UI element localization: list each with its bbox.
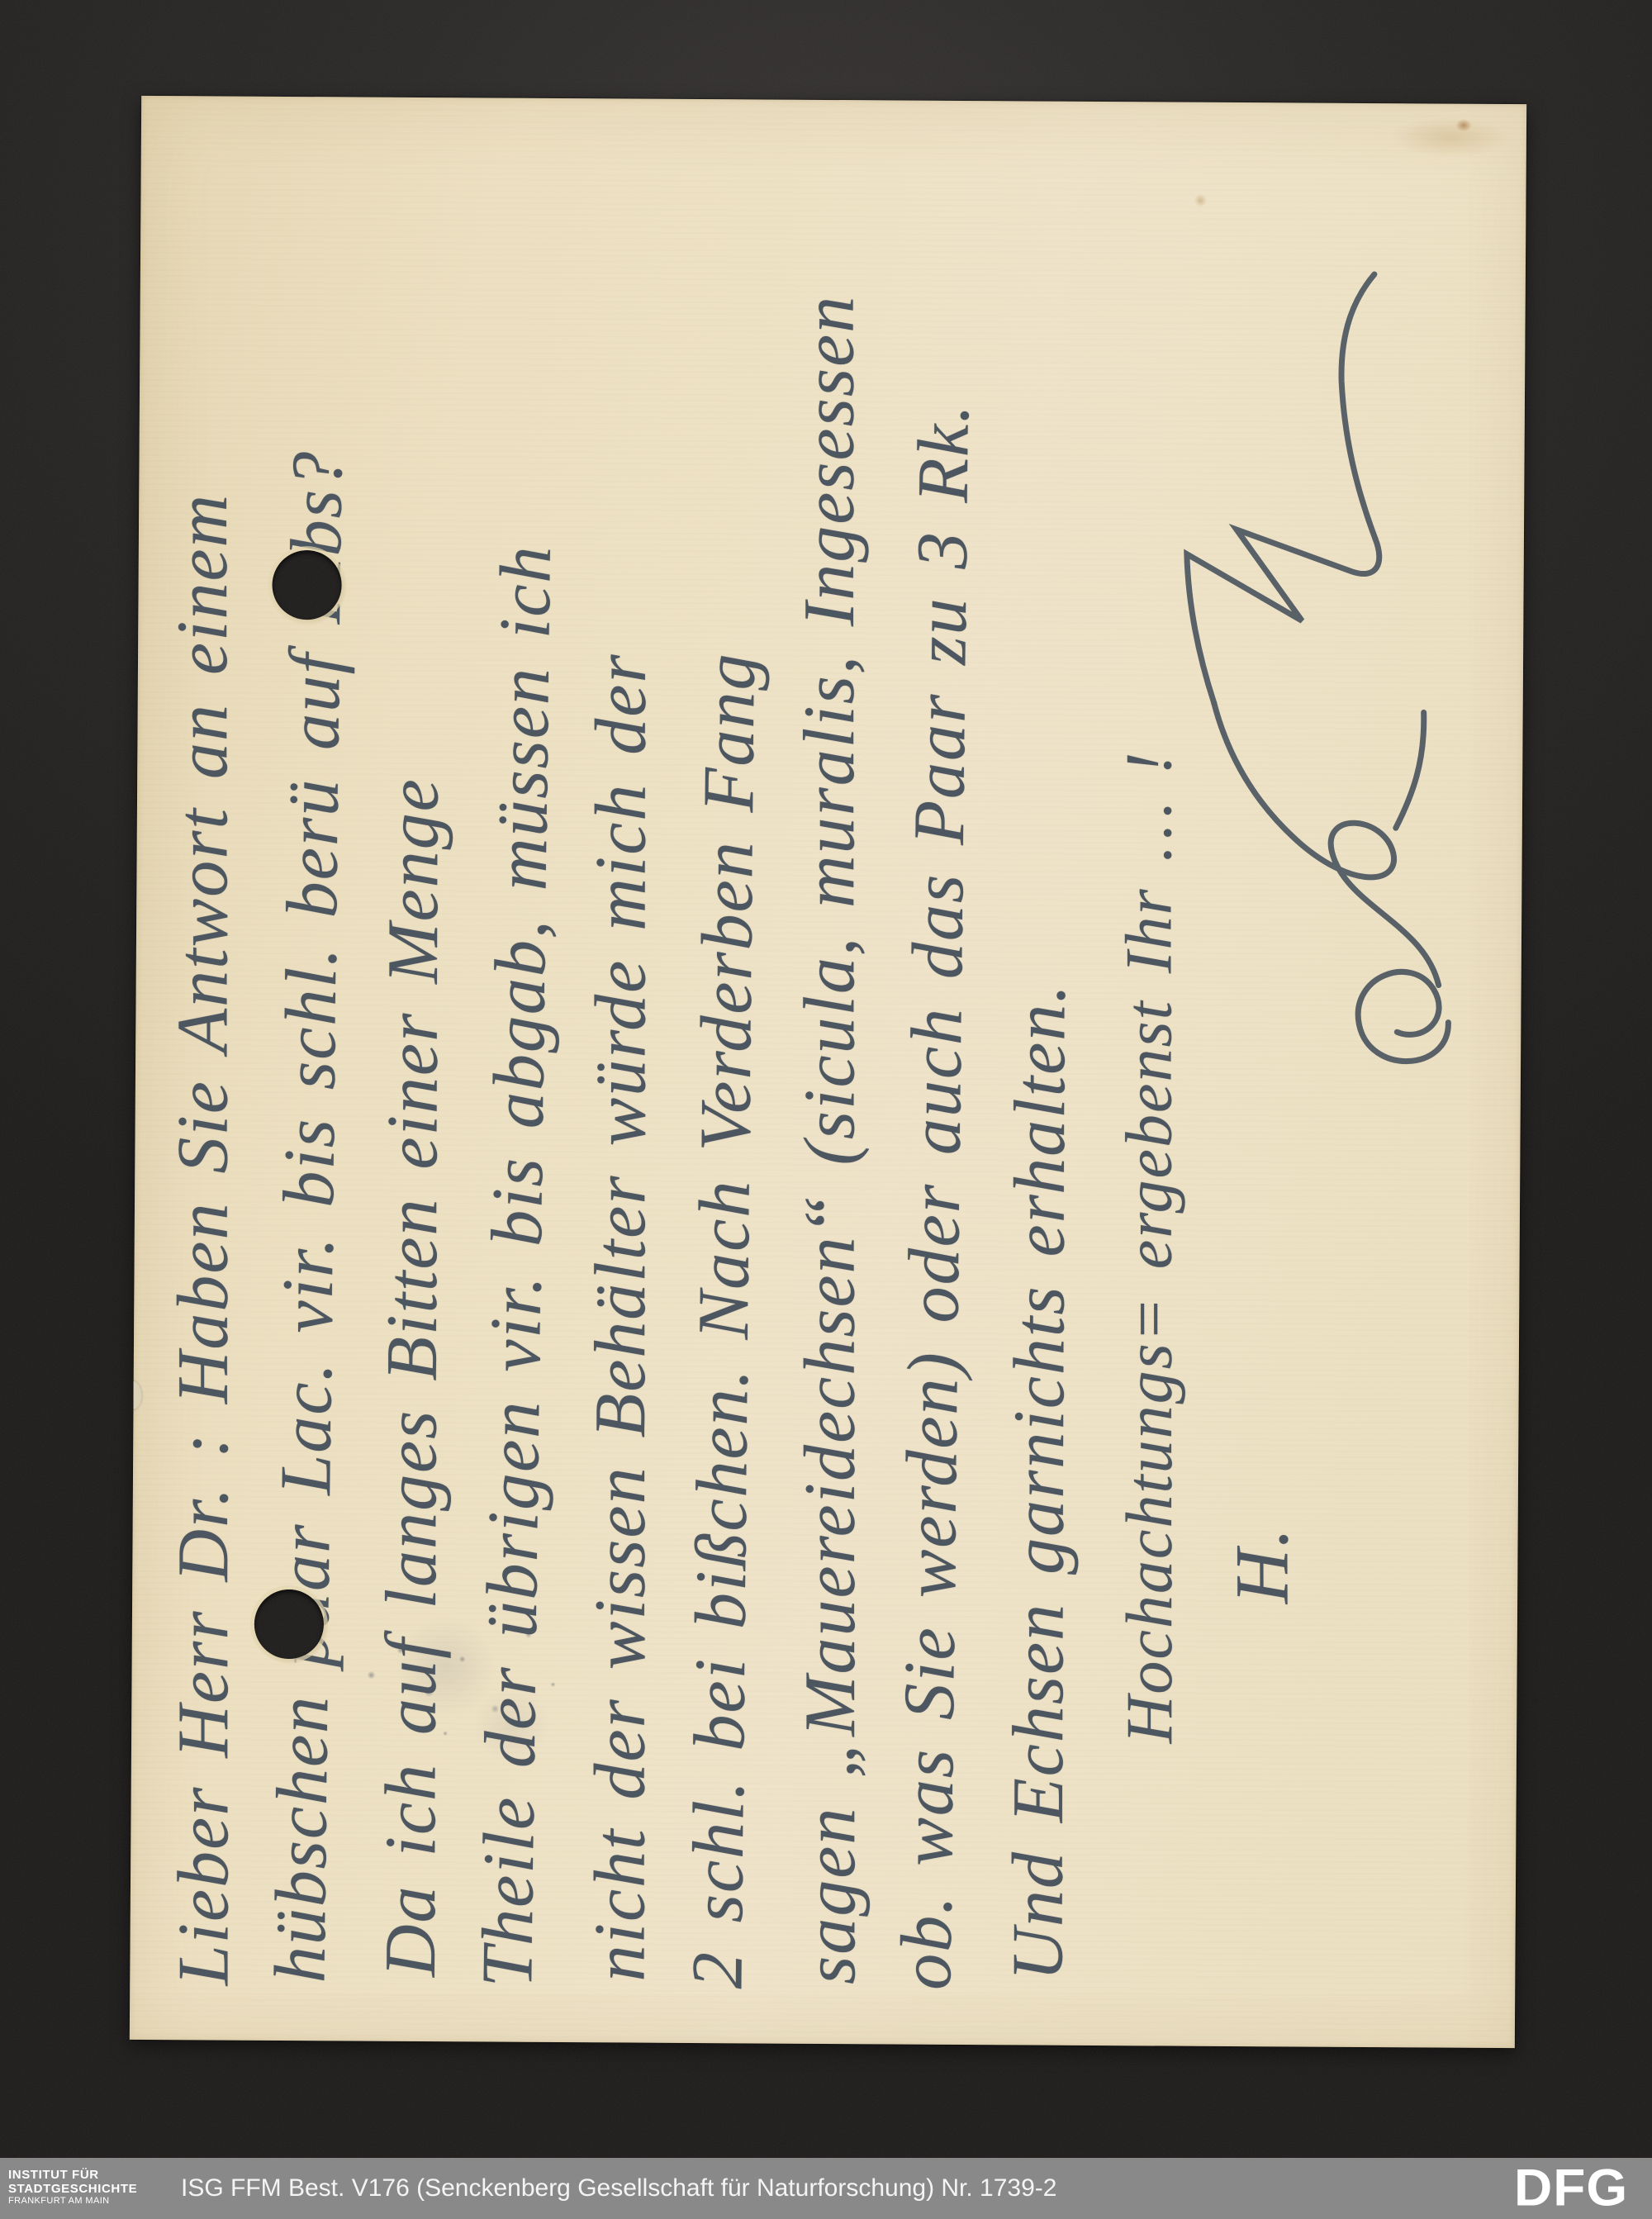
handwriting-lines: Lieber Herr Dr. : Haben Sie Antwort an e… <box>145 126 157 2010</box>
handwriting-line: Theile der übrigen vir. bis abgab, müsse… <box>466 544 568 1988</box>
signature-initial: H. <box>1218 1526 1305 1604</box>
handwriting-line: nicht der wissen Behälter würde mich der <box>578 653 662 1981</box>
handwriting-line: 2 schl. bei bißchen. Nach Verderben Fang <box>676 652 772 1989</box>
logo-line-2: STADTGESCHICHTE <box>8 2183 137 2195</box>
handwriting-line: hübschen paar Lac. vir. bis schl. berü a… <box>259 449 359 1983</box>
handwriting-line: ob. was Sie werden) oder auch das Paar z… <box>885 402 986 1990</box>
handwriting-line: Lieber Herr Dr. : Haben Sie Antwort an e… <box>160 492 245 1985</box>
handwriting-layer: Lieber Herr Dr. : Haben Sie Antwort an e… <box>145 126 1512 2018</box>
signature-flourish <box>1175 248 1493 1100</box>
handwriting-line: Da ich auf langes Bitten einer Menge <box>368 777 455 1977</box>
scan-background: Lieber Herr Dr. : Haben Sie Antwort an e… <box>0 0 1652 2219</box>
logo-line-3: FRANKFURT AM MAIN <box>8 2197 137 2206</box>
postcard: Lieber Herr Dr. : Haben Sie Antwort an e… <box>130 96 1526 2048</box>
handwriting-line: sagen „Mauereidechsen“ (sicula, muralis,… <box>787 294 872 1984</box>
institut-stadtgeschichte-logo: INSTITUT FÜR STADTGESCHICHTE FRANKFURT A… <box>8 2169 137 2206</box>
archive-caption: ISG FFM Best. V176 (Senckenberg Gesellsc… <box>181 2158 1056 2219</box>
punch-hole-bottom <box>254 1589 325 1660</box>
paper-chip <box>130 1381 142 1409</box>
punch-hole-top <box>272 550 342 620</box>
logo-line-1: INSTITUT FÜR <box>8 2169 137 2181</box>
handwriting-line: Und Echsen garnichts erhalten. <box>996 982 1082 1980</box>
dfg-logo: DFG <box>1514 2159 1628 2219</box>
rust-spot <box>1453 117 1474 134</box>
